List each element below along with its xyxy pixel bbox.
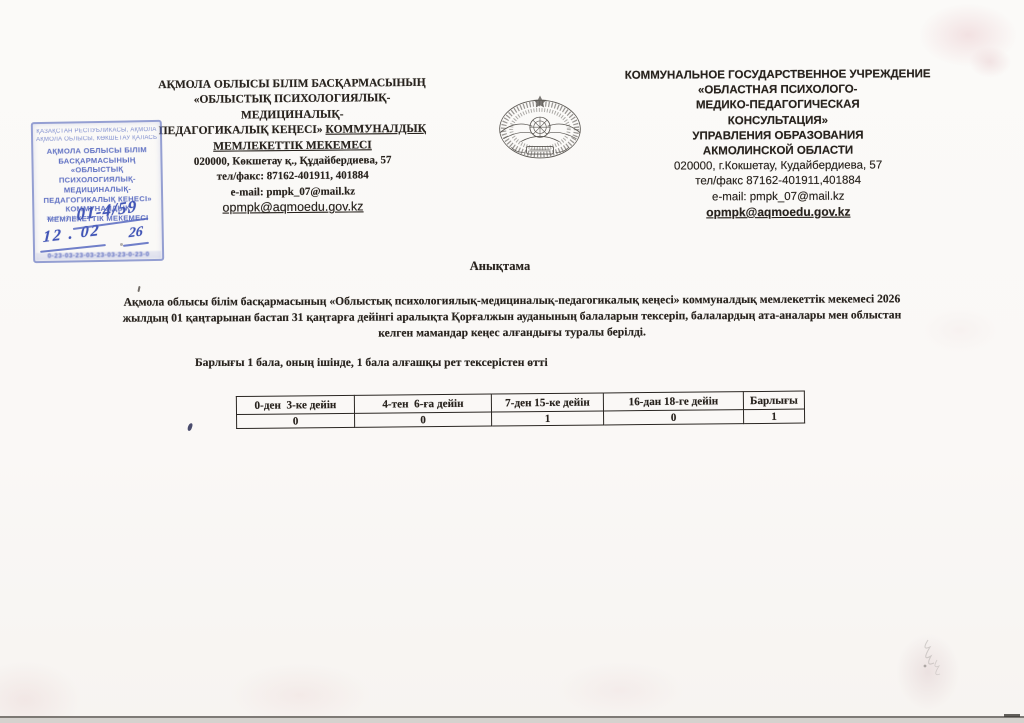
stamp-org-line: БАСҚАРМАСЫНЫҢ «ОБЛЫСТЫҚ	[35, 155, 158, 177]
letterhead-russian-line: МЕДИКО-ПЕДАГОГИЧЕСКАЯ	[608, 98, 948, 115]
age-counts-table: 0-ден 3-ке дейін 4-тен 6-ға дейін 7-ден …	[236, 391, 805, 429]
letterhead-russian-email-link: opmpk@aqmoedu.gov.kz	[608, 204, 948, 221]
table-header-cell: 0-ден 3-ке дейін	[236, 395, 354, 414]
table-value-cell: 0	[237, 413, 355, 428]
table-value-cell: 0	[604, 410, 744, 425]
letterhead-kazakh-line: АҚМОЛА ОБЛЫСЫ БІЛІМ БАСҚАРМАСЫНЫҢ	[134, 76, 449, 94]
stamp-small-line: АҚМОЛА ОБЛЫСЫ, КӨКШЕТАУ ҚАЛАСЫ	[36, 135, 157, 144]
body-paragraph: Ақмола облысы білім басқармасының «Облыс…	[94, 291, 930, 343]
table-value-cell: 1	[743, 409, 804, 424]
letterhead-kazakh-line: ПЕДАГОГИКАЛЫҚ КЕҢЕСІ» КОММУНАЛДЫҚ	[135, 122, 450, 140]
letterhead-kazakh: АҚМОЛА ОБЛЫСЫ БІЛІМ БАСҚАРМАСЫНЫҢ «ОБЛЫС…	[134, 76, 450, 217]
letterhead-russian-line: УПРАВЛЕНИЯ ОБРАЗОВАНИЯ	[608, 128, 948, 145]
letterhead-russian-line: КОНСУЛЬТАЦИЯ»	[608, 113, 948, 130]
letterhead-russian-email: e-mail: pmpk_07@mail.kz	[608, 189, 948, 206]
letterhead-russian-address: 020000, г.Кокшетау, Кудайбердиева, 57	[608, 158, 948, 175]
letterhead-russian-line: АКМОЛИНСКОЙ ОБЛАСТИ	[608, 143, 948, 160]
letterhead-kazakh-line-part-underlined: КОММУНАЛДЫҚ	[325, 123, 426, 136]
table-header-cell: 7-ден 15-ке дейін	[491, 393, 603, 412]
letterhead-russian-phone: тел/факс 87162-401911,401884	[608, 174, 948, 191]
table-header-cell: 16-дан 18-ге дейін	[603, 392, 743, 411]
state-emblem-icon	[492, 90, 588, 174]
scan-corner-mark	[1004, 714, 1020, 717]
scan-edge-strip	[0, 718, 1024, 723]
ink-speck	[120, 243, 123, 246]
letterhead-russian: КОММУНАЛЬНОЕ ГОСУДАРСТВЕННОЕ УЧРЕЖДЕНИЕ …	[608, 67, 949, 221]
ink-speck	[137, 286, 140, 292]
table-header-cell: 4-тен 6-ға дейін	[354, 394, 491, 413]
table-header-cell: Барлығы	[743, 391, 804, 410]
ink-speck	[187, 423, 193, 432]
office-stamp: ҚАЗАҚСТАН РЕСПУБЛИКАСЫ, АҚМОЛА АҚМОЛА ОБ…	[31, 120, 164, 263]
pencil-scribble-mark	[895, 630, 965, 700]
summary-line: Барлығы 1 бала, оның ішінде, 1 бала алға…	[195, 356, 548, 369]
table-value-cell: 1	[492, 411, 604, 426]
stamp-outgoing-label: ШЫҒЫС №	[46, 215, 77, 222]
page-title: Анықтама	[0, 259, 1000, 274]
letterhead-kazakh-email-link: opmpk@aqmoedu.gov.kz	[135, 199, 450, 217]
letterhead-kazakh-line-part: ПЕДАГОГИКАЛЫҚ КЕҢЕСІ»	[159, 124, 326, 137]
letterhead-russian-line: КОММУНАЛЬНОЕ ГОСУДАРСТВЕННОЕ УЧРЕЖДЕНИЕ	[608, 67, 948, 84]
letterhead-russian-line: «ОБЛАСТНАЯ ПСИХОЛОГО-	[608, 82, 948, 99]
handwritten-year: 26	[128, 224, 143, 242]
age-table-wrapper: 0-ден 3-ке дейін 4-тен 6-ға дейін 7-ден …	[236, 391, 805, 429]
handwritten-underline	[123, 242, 149, 247]
table-value-cell: 0	[355, 412, 492, 427]
scanned-document-page: АҚМОЛА ОБЛЫСЫ БІЛІМ БАСҚАРМАСЫНЫҢ «ОБЛЫС…	[0, 0, 1024, 723]
body-paragraph-line: келген мамандар кеңес алғандығы туралы б…	[94, 324, 930, 344]
